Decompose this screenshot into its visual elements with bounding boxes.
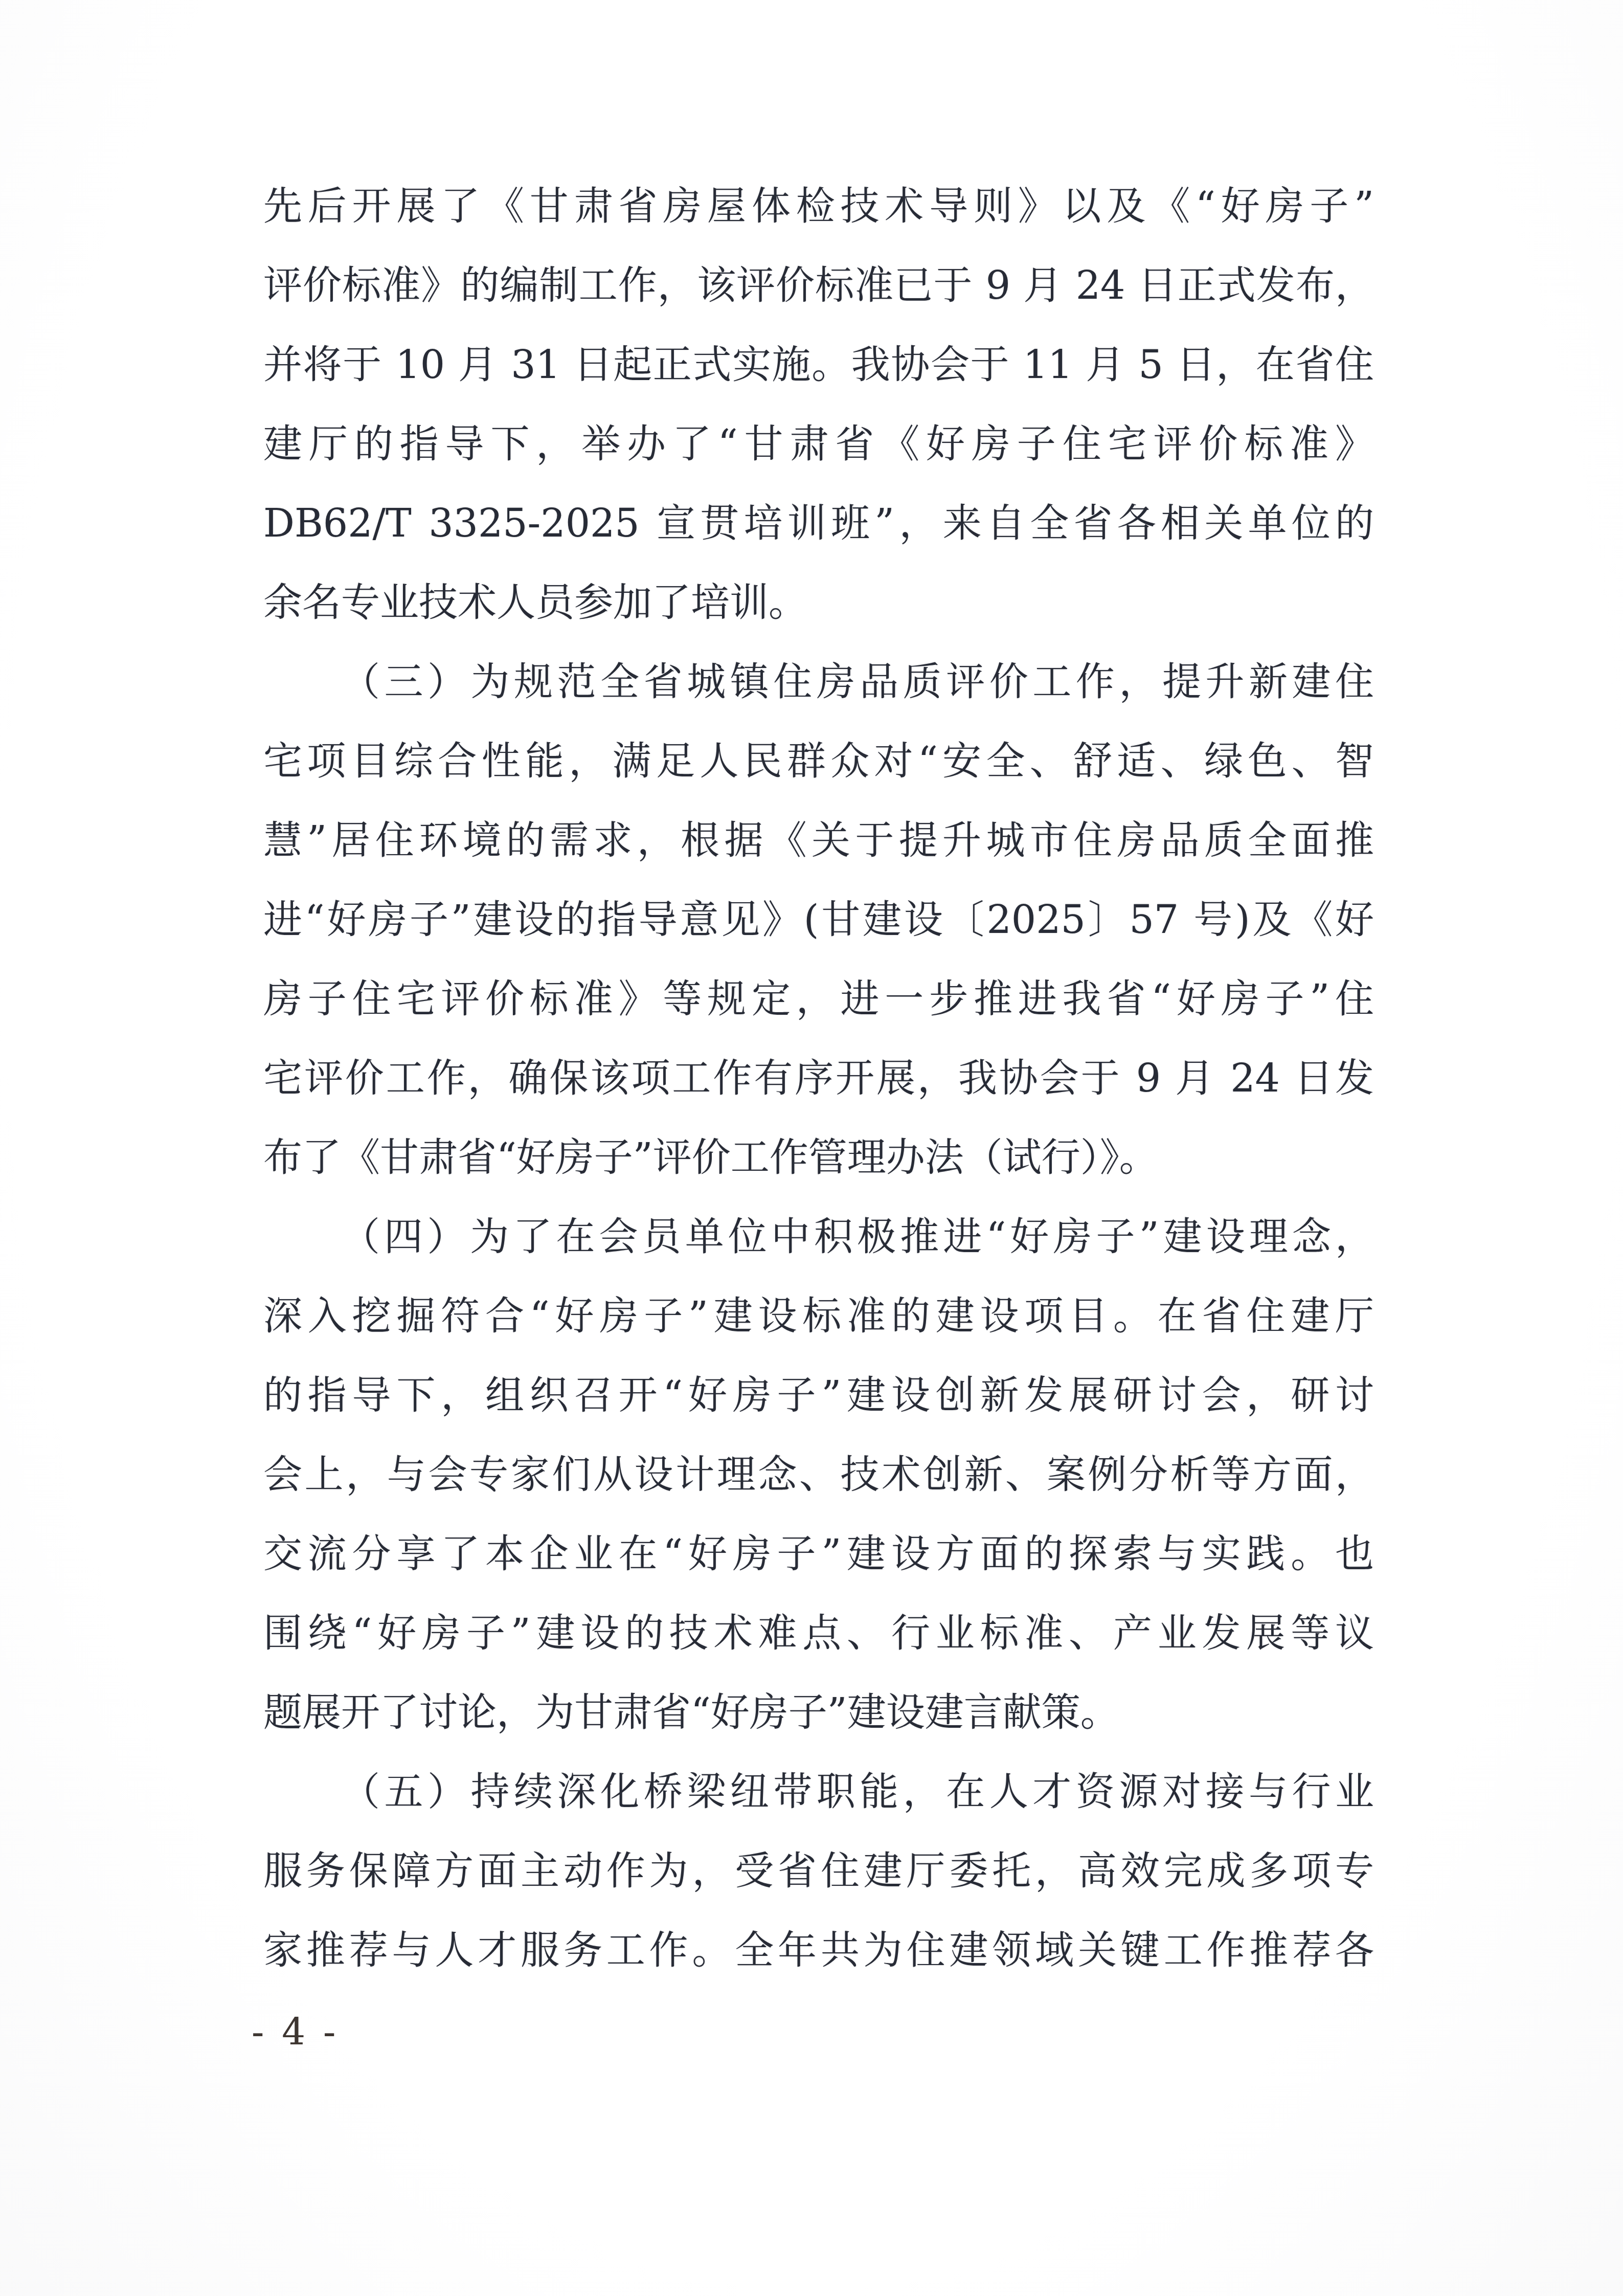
text-line: 宅项目综合性能，满足人民群众对“安全、舒适、绿色、智 — [263, 721, 1374, 800]
text-line paragraph-start: （五）持续深化桥梁纽带职能，在人才资源对接与行业 — [263, 1752, 1374, 1831]
scanned-document-page: 先后开展了《甘肃省房屋体检技术导则》以及《“好房子” 评价标准》的编制工作，该评… — [0, 0, 1623, 2296]
page-number: - 4 - — [252, 2004, 339, 2060]
text-line paragraph-start: （四）为了在会员单位中积极推进“好房子”建设理念， — [263, 1197, 1374, 1276]
text-line: 家推荐与人才服务工作。全年共为住建领域关键工作推荐各 — [263, 1910, 1374, 1990]
text-line: 会上，与会专家们从设计理念、技术创新、案例分析等方面， — [263, 1435, 1374, 1514]
text-line: 服务保障方面主动作为，受省住建厅委托，高效完成多项专 — [263, 1831, 1374, 1910]
text-line: 房子住宅评价标准》等规定，进一步推进我省“好房子”住 — [263, 959, 1374, 1038]
text-line: 深入挖掘符合“好房子”建设标准的建设项目。在省住建厅 — [263, 1276, 1374, 1355]
text-line paragraph-start: （三）为规范全省城镇住房品质评价工作，提升新建住 — [263, 642, 1374, 721]
text-line: 围绕“好房子”建设的技术难点、行业标准、产业发展等议 — [263, 1593, 1374, 1673]
text-line: 先后开展了《甘肃省房屋体检技术导则》以及《“好房子” — [263, 166, 1374, 246]
text-line: 题展开了讨论，为甘肃省“好房子”建设建言献策。 — [263, 1673, 1374, 1752]
text-line: 评价标准》的编制工作，该评价标准已于 9 月 24 日正式发布， — [263, 246, 1374, 325]
text-line: 进“好房子”建设的指导意见》(甘建设〔2025〕57 号)及《好 — [263, 880, 1374, 959]
text-line: DB62/T 3325-2025 宣贯培训班”，来自全省各相关单位的 200 — [263, 483, 1374, 563]
text-line: 建厅的指导下，举办了“甘肃省《好房子住宅评价标准》 — [263, 404, 1374, 483]
text-line: 慧”居住环境的需求，根据《关于提升城市住房品质全面推 — [263, 800, 1374, 880]
text-line: 余名专业技术人员参加了培训。 — [263, 563, 1374, 642]
document-text-block: 先后开展了《甘肃省房屋体检技术导则》以及《“好房子” 评价标准》的编制工作，该评… — [263, 166, 1374, 1990]
text-line: 的指导下，组织召开“好房子”建设创新发展研讨会，研讨 — [263, 1355, 1374, 1435]
text-line: 布了《甘肃省“好房子”评价工作管理办法（试行）》。 — [263, 1118, 1374, 1197]
text-line: 宅评价工作，确保该项工作有序开展，我协会于 9 月 24 日发 — [263, 1038, 1374, 1118]
text-line: 交流分享了本企业在“好房子”建设方面的探索与实践。也 — [263, 1514, 1374, 1593]
text-line: 并将于 10 月 31 日起正式实施。我协会于 11 月 5 日，在省住 — [263, 325, 1374, 404]
